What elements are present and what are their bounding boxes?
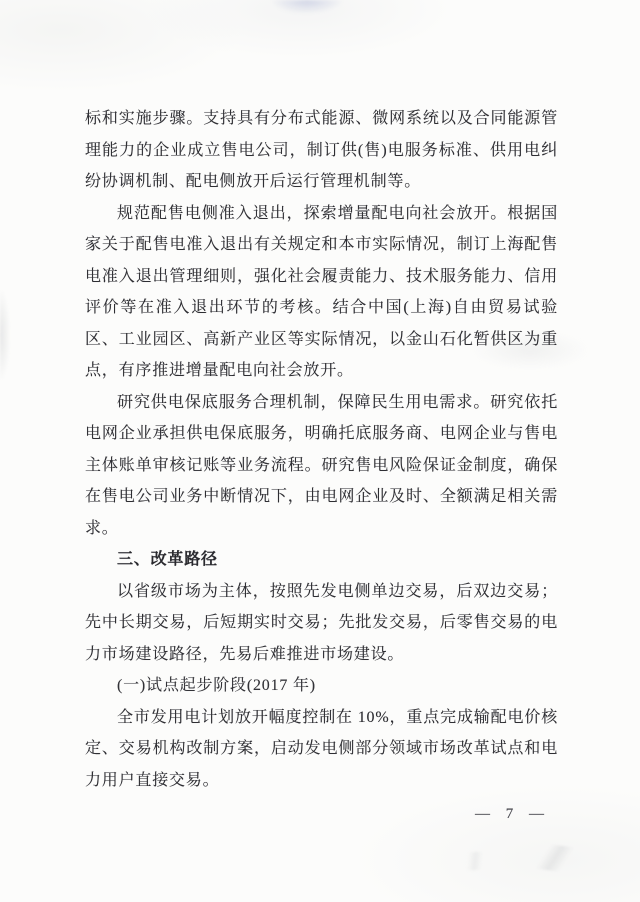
paragraph: 全市发用电计划放开幅度控制在 10%，重点完成输配电价核定、交易机构改制方案，启…: [85, 702, 558, 797]
scan-artifact-top-mark: [272, 0, 342, 13]
document-body: 标和实施步骤。支持具有分布式能源、微网系统以及合同能源管理能力的企业成立售电公司…: [85, 103, 558, 796]
scanned-document-page: 标和实施步骤。支持具有分布式能源、微网系统以及合同能源管理能力的企业成立售电公司…: [0, 0, 640, 902]
scan-streak: [499, 837, 612, 878]
scan-streak: [429, 849, 520, 873]
paragraph: 以省级市场为主体，按照先发电侧单边交易，后双边交易；先中长期交易，后短期实时交易…: [85, 576, 558, 671]
section-heading: 三、改革路径: [85, 544, 558, 576]
scan-edge-shadow: [0, 290, 10, 380]
paragraph: 规范配售电侧准入退出，探索增量配电向社会放开。根据国家关于配售电准入退出有关规定…: [85, 198, 558, 387]
page-number: — 7 —: [475, 806, 545, 823]
sub-heading: (一)试点起步阶段(2017 年): [85, 670, 558, 702]
paragraph-continuation: 标和实施步骤。支持具有分布式能源、微网系统以及合同能源管理能力的企业成立售电公司…: [85, 103, 558, 198]
paragraph: 研究供电保底服务合理机制，保障民生用电需求。研究依托电网企业承担供电保底服务，明…: [85, 387, 558, 545]
